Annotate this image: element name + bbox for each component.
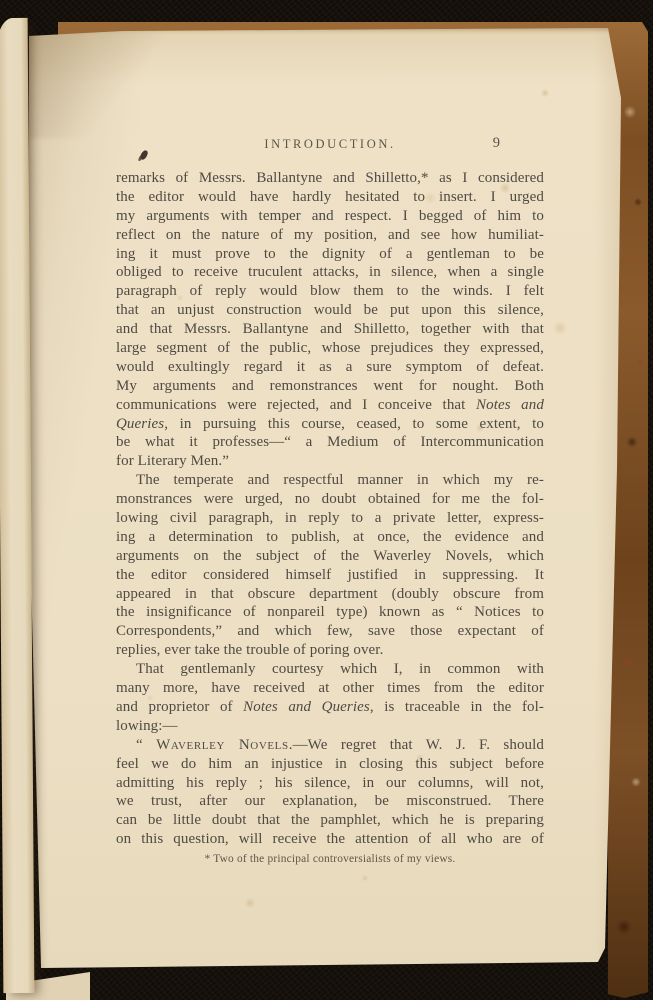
page-corner-shadow bbox=[28, 28, 178, 138]
text-line: “ Waverley Novels.—We regret that W. J. … bbox=[116, 736, 544, 755]
text-line: The temperate and respectful manner in w… bbox=[116, 471, 544, 490]
text-line: reflect on the nature of my position, an… bbox=[116, 226, 544, 245]
text-line: admitting his reply ; his silence, in ou… bbox=[116, 774, 544, 793]
text-line: appeared in that obscure department (dou… bbox=[116, 585, 544, 604]
book-page: INTRODUCTION. 9 remarks of Messrs. Balla… bbox=[28, 28, 624, 970]
footnote: * Two of the principal controversialists… bbox=[116, 853, 544, 865]
text-line: arguments on the subject of the Waverley… bbox=[116, 547, 544, 566]
page-title: INTRODUCTION. bbox=[116, 137, 544, 152]
text-line: for Literary Men.” bbox=[116, 452, 544, 471]
photo-background: INTRODUCTION. 9 remarks of Messrs. Balla… bbox=[0, 0, 653, 1000]
text-line: and that Messrs. Ballantyne and Shillett… bbox=[116, 320, 544, 339]
text-line: Queries, in pursuing this course, ceased… bbox=[116, 415, 544, 434]
text-line: obliged to receive truculent attacks, in… bbox=[116, 263, 544, 282]
text-line: would exultingly regard it as a sure sym… bbox=[116, 358, 544, 377]
paragraphs: remarks of Messrs. Ballantyne and Shille… bbox=[116, 169, 544, 849]
text-line: monstrances were urged, no doubt obtaine… bbox=[116, 490, 544, 509]
text-line: communications were rejected, and I conc… bbox=[116, 396, 544, 415]
text-line: can be little doubt that the pamphlet, w… bbox=[116, 811, 544, 830]
text-line: Correspondents,” and which few, save tho… bbox=[116, 622, 544, 641]
paragraph: “ Waverley Novels.—We regret that W. J. … bbox=[116, 736, 544, 849]
page-content: INTRODUCTION. 9 remarks of Messrs. Balla… bbox=[116, 137, 544, 865]
text-line: large segment of the public, whose preju… bbox=[116, 339, 544, 358]
text-line: be what it professes—“ a Medium of Inter… bbox=[116, 433, 544, 452]
text-line: that an unjust construction would be put… bbox=[116, 301, 544, 320]
page-number: 9 bbox=[493, 135, 500, 152]
text-line: the insignificance of nonpareil type) kn… bbox=[116, 603, 544, 622]
text-line: and proprietor of Notes and Queries, is … bbox=[116, 698, 544, 717]
text-line: the editor would have hardly hesitated t… bbox=[116, 188, 544, 207]
text-line: ing a determination to publish, at once,… bbox=[116, 528, 544, 547]
text-line: That gentlemanly courtesy which I, in co… bbox=[116, 660, 544, 679]
text-line: remarks of Messrs. Ballantyne and Shille… bbox=[116, 169, 544, 188]
text-line: lowing civil paragraph, in reply to a pr… bbox=[116, 509, 544, 528]
paragraph: remarks of Messrs. Ballantyne and Shille… bbox=[116, 169, 544, 471]
page-header: INTRODUCTION. 9 bbox=[116, 137, 544, 157]
text-line: on this question, will receive the atten… bbox=[116, 830, 544, 849]
text-line: ing it must prove to the dignity of a ge… bbox=[116, 245, 544, 264]
text-line: My arguments and remonstrances went for … bbox=[116, 377, 544, 396]
text-line: paragraph of reply would blow them to th… bbox=[116, 282, 544, 301]
text-line: my arguments with temper and respect. I … bbox=[116, 207, 544, 226]
text-line: lowing:— bbox=[116, 717, 544, 736]
text-line: we trust, after our explanation, be misc… bbox=[116, 792, 544, 811]
text-line: replies, ever take the trouble of poring… bbox=[116, 641, 544, 660]
paragraph: That gentlemanly courtesy which I, in co… bbox=[116, 660, 544, 736]
text-line: feel we do him an injustice in closing t… bbox=[116, 755, 544, 774]
text-line: the editor considered himself justified … bbox=[116, 566, 544, 585]
paragraph: The temperate and respectful manner in w… bbox=[116, 471, 544, 660]
text-line: many more, have received at other times … bbox=[116, 679, 544, 698]
